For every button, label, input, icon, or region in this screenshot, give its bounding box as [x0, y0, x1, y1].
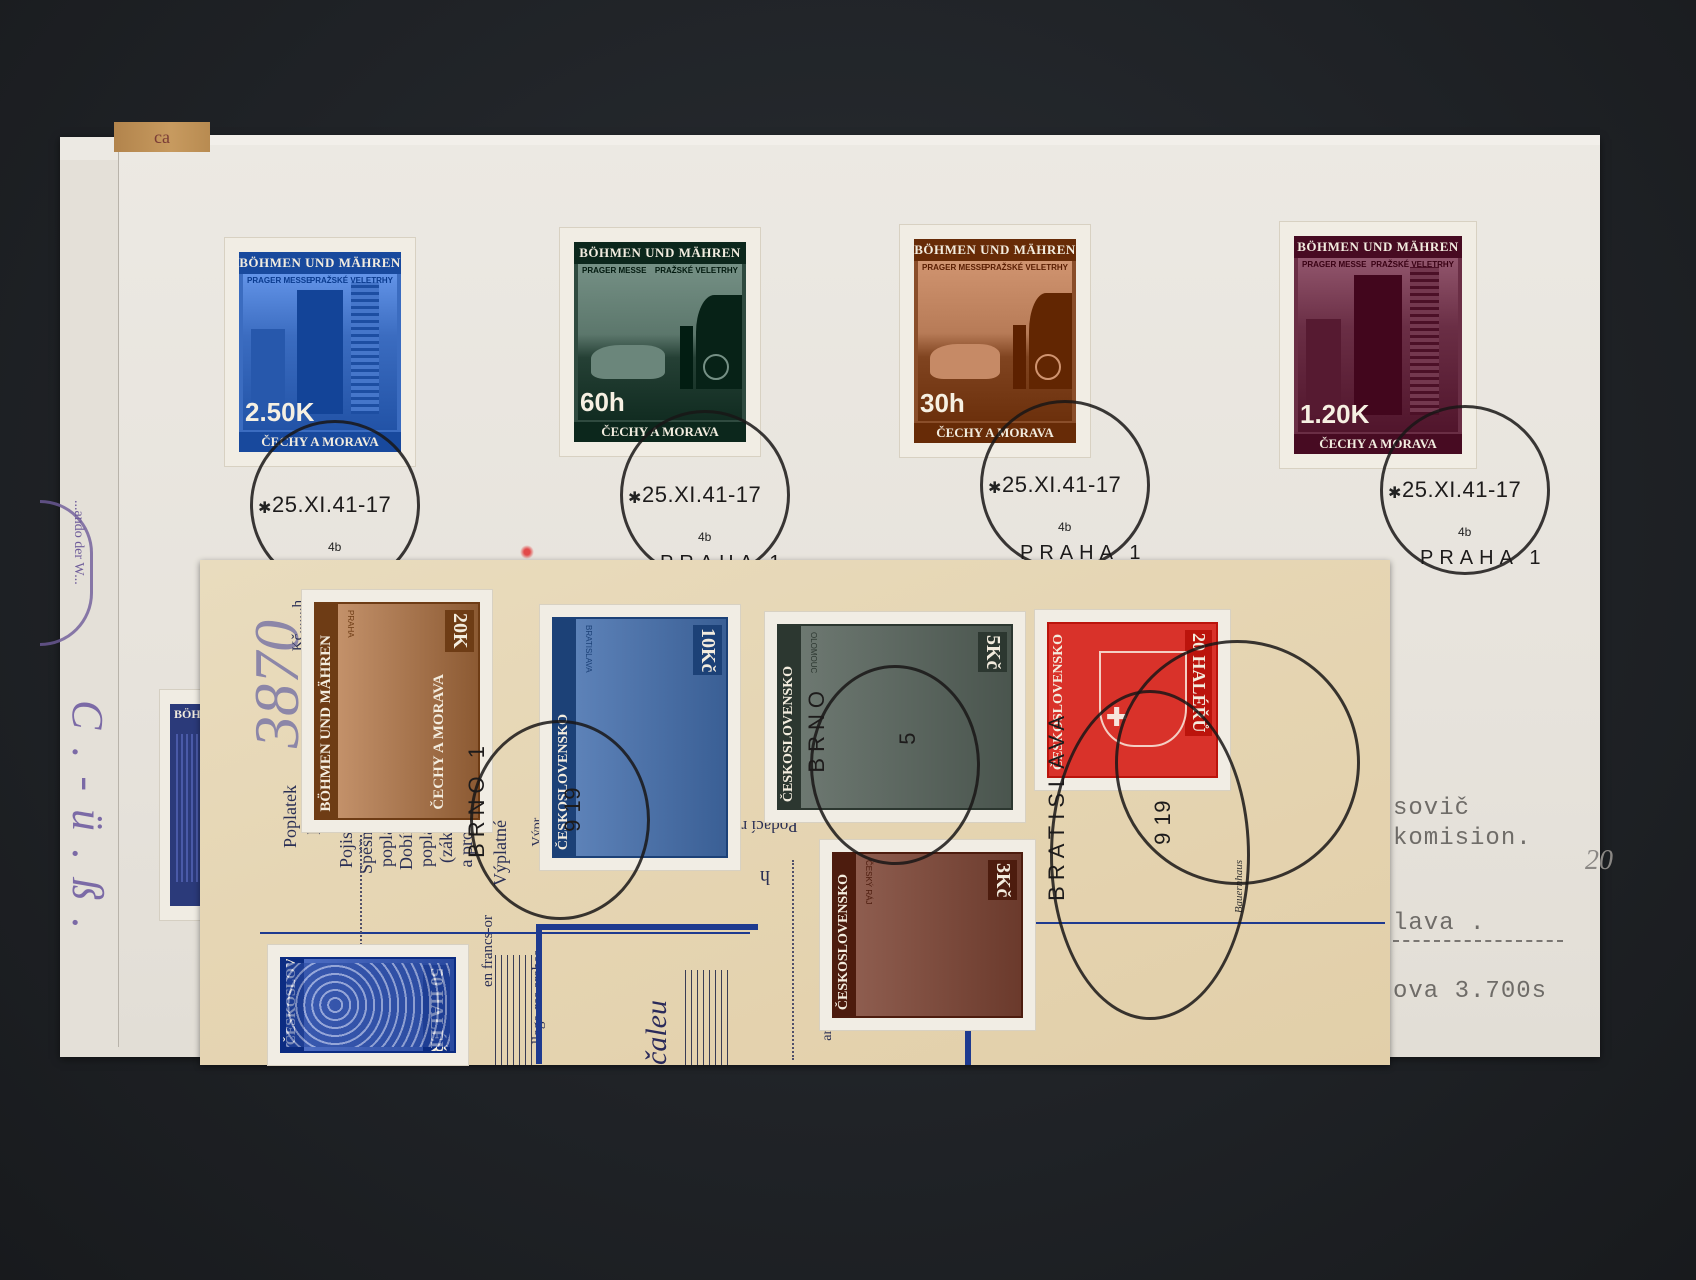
- postmark-code: 4b: [1458, 525, 1471, 539]
- postmark-date: 25.XI.41-17: [272, 492, 391, 518]
- pencil-note: 20: [1585, 845, 1613, 877]
- stamp-header: BÖHMEN UND MÄHREN: [1294, 236, 1462, 258]
- card-stamp-place: BRATISLAVA: [584, 625, 593, 673]
- card-stamp-place: ČESKÝ RÁJ: [864, 860, 873, 904]
- typed-address-line-1: sovič: [1393, 795, 1470, 822]
- stamp-sub-right: PRAŽSKÉ VELETRHY: [655, 266, 738, 275]
- postmark-code: 4b: [1058, 520, 1071, 534]
- label-h: h: [760, 865, 770, 888]
- stamp-sub-left: PRAGER MESSE: [247, 276, 311, 285]
- censor-stamp-text: ...ando der W...: [70, 500, 86, 585]
- stamp-header: BÖHMEN UND MÄHREN: [914, 239, 1076, 261]
- form-hatch: [685, 970, 730, 1065]
- postmark-city: BRNO: [804, 685, 830, 773]
- dotted-line: [792, 860, 794, 1060]
- card-stamp-country: ČESKOSLOVENSKO: [836, 874, 852, 1010]
- stamp-header: BÖHMEN UND MÄHREN: [574, 242, 746, 264]
- card-stamp-value: 5Kč: [978, 632, 1007, 672]
- card-stamp-value: 10Kč: [693, 625, 722, 675]
- typed-address-line-3: lava .: [1393, 910, 1485, 937]
- postmark-star: ✱: [258, 498, 271, 518]
- stamp-sub-left: PRAGER MESSE: [1302, 260, 1366, 269]
- postmark-code: 4b: [328, 540, 341, 554]
- stamp-header: BÖHMEN UND MÄHREN: [239, 252, 401, 274]
- stamp-value: 2.50K: [245, 397, 314, 428]
- card-stamp-footer: ČECHY A MORAVA: [431, 674, 448, 810]
- typed-dashed-underline: [1393, 940, 1563, 942]
- stamp-value: 60h: [580, 387, 625, 418]
- stamp-sub-left: PRAGER MESSE: [922, 263, 986, 272]
- card-stamp-value: 20K: [445, 610, 474, 652]
- postmark-city: BRNO 1: [464, 740, 490, 858]
- postmark-ring: [810, 665, 980, 865]
- card-stamp-country: BÖHMEN UND MÄHREN: [318, 635, 335, 812]
- label-poplatek: Poplatek: [280, 785, 301, 848]
- postmark-outer-ring: [1115, 640, 1360, 885]
- form-hatch: [495, 955, 535, 1065]
- postage-due-pattern: [286, 963, 450, 1047]
- stamp-sub-right: PRAŽSKÉ VELETRHY: [985, 263, 1068, 272]
- card-stamp-place: OLOMOUC: [809, 632, 818, 673]
- postmark-city: BRATISLAVA: [1044, 710, 1070, 901]
- red-ink-spot: [520, 545, 534, 559]
- postmark-date: 25.XI.41-17: [1402, 477, 1521, 503]
- postmark-star: ✱: [628, 488, 641, 508]
- postmark-date: 9 19: [560, 787, 586, 832]
- postmark-city: PRAHA 1: [1420, 547, 1546, 570]
- postmark-date: 25.XI.41-17: [1002, 472, 1121, 498]
- stamp-sub-right: PRAŽSKÉ VELETRHY: [1371, 260, 1454, 269]
- envelope-top-edge: [210, 135, 1600, 145]
- postmark-star: ✱: [988, 478, 1001, 498]
- form-thick-vertical: [536, 924, 542, 1064]
- envelope-fold-line: [118, 137, 119, 1047]
- card-stamp-country: ČESKOSLOVENSKO: [781, 666, 797, 802]
- stamp-value: 30h: [920, 388, 965, 419]
- censor-handwriting: C.-ü.ß.: [62, 700, 113, 947]
- typed-address-line-4: ova 3.700s: [1393, 978, 1547, 1005]
- postmark-star: ✱: [1388, 483, 1401, 503]
- card-stamp-6: ČESKOSLOVENSKO 50 HALÉŘŮ: [268, 945, 468, 1065]
- typed-address-line-4-text: ova 3.700s: [1393, 978, 1547, 1005]
- stamp-value: 1.20K: [1300, 399, 1369, 430]
- card-stamp-value: 3Kč: [988, 860, 1017, 900]
- postmark-code: 4b: [698, 530, 711, 544]
- form-line: [260, 932, 750, 934]
- postmark-date: 5: [895, 732, 921, 745]
- label-handwritten: čaleu: [640, 1000, 674, 1065]
- card-stamp-5: ČESKOSLOVENSKO 3Kč ČESKÝ RÁJ: [820, 840, 1035, 1030]
- form-thick-line: [538, 924, 758, 930]
- stamp-sub-left: PRAGER MESSE: [582, 266, 646, 275]
- label-tab: ca: [114, 122, 210, 152]
- stamp-sub-right: PRAŽSKÉ VELETRHY: [310, 276, 393, 285]
- postmark-date: 25.XI.41-17: [642, 482, 761, 508]
- typed-address-line-2: komision.: [1393, 825, 1532, 852]
- card-stamp-place: PRAHA: [346, 610, 355, 638]
